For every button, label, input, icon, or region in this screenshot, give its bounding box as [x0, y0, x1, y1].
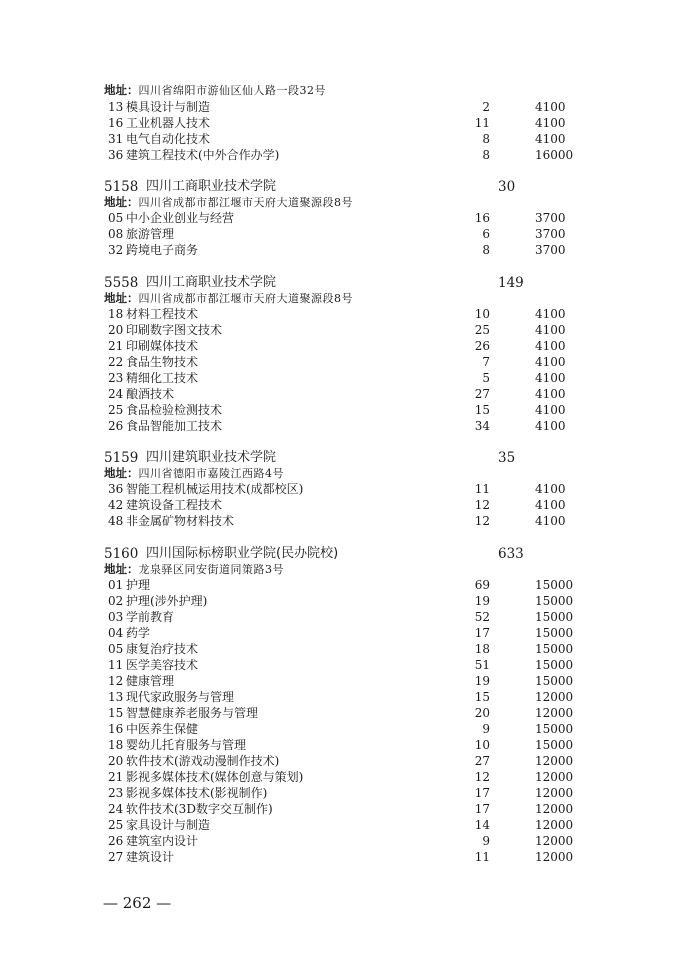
program-name: 学前教育 — [126, 609, 174, 625]
tuition-fee: 15000 — [535, 657, 573, 673]
address-label: 地址： — [104, 195, 139, 209]
program-row: 27建筑设计1112000 — [0, 849, 680, 865]
tuition-fee: 12000 — [535, 705, 573, 721]
program-name: 电气自动化技术 — [126, 131, 210, 147]
enrollment-count: 12 — [475, 513, 490, 529]
program-name: 精细化工技术 — [126, 370, 198, 386]
program-row: 08旅游管理63700 — [0, 226, 680, 242]
program-name: 食品生物技术 — [126, 354, 198, 370]
tuition-fee: 4100 — [535, 322, 566, 338]
enrollment-count: 8 — [482, 147, 490, 163]
enrollment-count: 18 — [475, 641, 490, 657]
program-code: 04 — [108, 625, 128, 641]
enrollment-count: 5 — [482, 370, 490, 386]
program-row: 16中医养生保健915000 — [0, 721, 680, 737]
tuition-fee: 3700 — [535, 226, 566, 242]
tuition-fee: 4100 — [535, 99, 566, 115]
address-text: 龙泉驿区同安街道同策路3号 — [139, 563, 285, 576]
address-text: 四川省绵阳市游仙区仙人路一段32号 — [139, 84, 327, 97]
program-row: 23精细化工技术54100 — [0, 370, 680, 386]
program-code: 20 — [108, 753, 128, 769]
program-name: 婴幼儿托育服务与管理 — [126, 737, 246, 753]
tuition-fee: 4100 — [535, 497, 566, 513]
address-text: 四川省成都市都江堰市天府大道聚源段8号 — [139, 196, 354, 209]
address-line: 地址：四川省成都市都江堰市天府大道聚源段8号 — [104, 290, 680, 306]
tuition-fee: 12000 — [535, 801, 573, 817]
program-code: 26 — [108, 833, 128, 849]
program-name: 建筑工程技术(中外合作办学) — [126, 147, 279, 163]
page-number: — 262 — — [103, 893, 171, 913]
program-code: 12 — [108, 673, 128, 689]
program-name: 现代家政服务与管理 — [126, 689, 234, 705]
tuition-fee: 12000 — [535, 817, 573, 833]
enrollment-count: 9 — [482, 721, 490, 737]
program-row: 11医学美容技术5115000 — [0, 657, 680, 673]
address-label: 地址： — [104, 291, 139, 305]
address-text: 四川省德阳市嘉陵江西路4号 — [139, 467, 285, 480]
program-code: 02 — [108, 593, 128, 609]
enrollment-count: 12 — [475, 497, 490, 513]
tuition-fee: 15000 — [535, 577, 573, 593]
program-name: 护理(涉外护理) — [126, 593, 207, 609]
enrollment-count: 26 — [475, 338, 490, 354]
enrollment-count: 20 — [475, 705, 490, 721]
address-line: 地址：四川省德阳市嘉陵江西路4号 — [104, 465, 680, 481]
program-code: 32 — [108, 242, 128, 258]
enrollment-count: 11 — [475, 849, 490, 865]
program-name: 药学 — [126, 625, 150, 641]
enrollment-count: 14 — [475, 817, 490, 833]
program-row: 18材料工程技术104100 — [0, 306, 680, 322]
enrollment-count: 69 — [475, 577, 490, 593]
program-row: 32跨境电子商务83700 — [0, 242, 680, 258]
tuition-fee: 12000 — [535, 785, 573, 801]
enrollment-count: 10 — [475, 306, 490, 322]
program-code: 31 — [108, 131, 128, 147]
program-code: 08 — [108, 226, 128, 242]
address-text: 四川省成都市都江堰市天府大道聚源段8号 — [139, 292, 354, 305]
program-row: 05中小企业创业与经营163700 — [0, 210, 680, 226]
program-name: 非金属矿物材料技术 — [126, 513, 234, 529]
address-line: 地址：四川省绵阳市游仙区仙人路一段32号 — [104, 82, 680, 98]
program-code: 26 — [108, 418, 128, 434]
program-code: 21 — [108, 769, 128, 785]
tuition-fee: 4100 — [535, 418, 566, 434]
tuition-fee: 15000 — [535, 721, 573, 737]
program-row: 25家具设计与制造1412000 — [0, 817, 680, 833]
program-code: 20 — [108, 322, 128, 338]
program-row: 13现代家政服务与管理1512000 — [0, 689, 680, 705]
enrollment-count: 15 — [475, 689, 490, 705]
enrollment-count: 16 — [475, 210, 490, 226]
program-row: 23影视多媒体技术(影视制作)1712000 — [0, 785, 680, 801]
program-name: 材料工程技术 — [126, 306, 198, 322]
program-row: 01护理6915000 — [0, 577, 680, 593]
tuition-fee: 4100 — [535, 306, 566, 322]
program-code: 18 — [108, 737, 128, 753]
program-name: 影视多媒体技术(媒体创意与策划) — [126, 769, 303, 785]
address-line: 地址：龙泉驿区同安街道同策路3号 — [104, 561, 680, 577]
tuition-fee: 4100 — [535, 131, 566, 147]
program-row: 13模具设计与制造24100 — [0, 99, 680, 115]
program-code: 16 — [108, 115, 128, 131]
enrollment-count: 11 — [475, 115, 490, 131]
enrollment-count: 9 — [482, 833, 490, 849]
program-name: 康复治疗技术 — [126, 641, 198, 657]
program-name: 软件技术(3D数字交互制作) — [126, 801, 273, 817]
program-row: 04药学1715000 — [0, 625, 680, 641]
enrollment-count: 52 — [475, 609, 490, 625]
program-name: 印刷媒体技术 — [126, 338, 198, 354]
tuition-fee: 12000 — [535, 849, 573, 865]
program-name: 建筑设计 — [126, 849, 174, 865]
enrollment-count: 51 — [475, 657, 490, 673]
program-row: 26建筑室内设计912000 — [0, 833, 680, 849]
enrollment-count: 27 — [475, 753, 490, 769]
program-row: 48非金属矿物材料技术124100 — [0, 513, 680, 529]
program-row: 26食品智能加工技术344100 — [0, 418, 680, 434]
enrollment-count: 17 — [475, 785, 490, 801]
enrollment-count: 25 — [475, 322, 490, 338]
enrollment-count: 6 — [482, 226, 490, 242]
tuition-fee: 15000 — [535, 625, 573, 641]
tuition-fee: 15000 — [535, 593, 573, 609]
program-row: 18婴幼儿托育服务与管理1015000 — [0, 737, 680, 753]
program-row: 20印刷数字图文技术254100 — [0, 322, 680, 338]
program-code: 23 — [108, 370, 128, 386]
program-code: 25 — [108, 402, 128, 418]
program-code: 25 — [108, 817, 128, 833]
program-code: 03 — [108, 609, 128, 625]
program-code: 27 — [108, 849, 128, 865]
program-name: 建筑设备工程技术 — [126, 497, 222, 513]
enrollment-count: 17 — [475, 801, 490, 817]
address-label: 地址： — [104, 466, 139, 480]
program-code: 22 — [108, 354, 128, 370]
program-code: 24 — [108, 801, 128, 817]
program-code: 36 — [108, 481, 128, 497]
enrollment-count: 12 — [475, 769, 490, 785]
address-label: 地址： — [104, 562, 139, 576]
program-code: 05 — [108, 641, 128, 657]
program-name: 建筑室内设计 — [126, 833, 198, 849]
program-name: 食品智能加工技术 — [126, 418, 222, 434]
program-row: 36智能工程机械运用技术(成都校区)114100 — [0, 481, 680, 497]
program-name: 旅游管理 — [126, 226, 174, 242]
program-name: 印刷数字图文技术 — [126, 322, 222, 338]
tuition-fee: 4100 — [535, 481, 566, 497]
tuition-fee: 16000 — [535, 147, 573, 163]
tuition-fee: 4100 — [535, 338, 566, 354]
program-code: 13 — [108, 99, 128, 115]
program-name: 模具设计与制造 — [126, 99, 210, 115]
program-code: 48 — [108, 513, 128, 529]
address-line: 地址：四川省成都市都江堰市天府大道聚源段8号 — [104, 194, 680, 210]
program-name: 健康管理 — [126, 673, 174, 689]
program-row: 05康复治疗技术1815000 — [0, 641, 680, 657]
program-row: 36建筑工程技术(中外合作办学)816000 — [0, 147, 680, 163]
program-name: 医学美容技术 — [126, 657, 198, 673]
tuition-fee: 12000 — [535, 689, 573, 705]
program-row: 21影视多媒体技术(媒体创意与策划)1212000 — [0, 769, 680, 785]
tuition-fee: 15000 — [535, 641, 573, 657]
program-row: 21印刷媒体技术264100 — [0, 338, 680, 354]
enrollment-count: 8 — [482, 242, 490, 258]
program-name: 影视多媒体技术(影视制作) — [126, 785, 267, 801]
tuition-fee: 4100 — [535, 115, 566, 131]
program-row: 02护理(涉外护理)1915000 — [0, 593, 680, 609]
tuition-fee: 15000 — [535, 673, 573, 689]
program-code: 23 — [108, 785, 128, 801]
program-name: 跨境电子商务 — [126, 242, 198, 258]
program-code: 13 — [108, 689, 128, 705]
enrollment-count: 15 — [475, 402, 490, 418]
address-label: 地址： — [104, 83, 139, 97]
program-code: 24 — [108, 386, 128, 402]
program-code: 15 — [108, 705, 128, 721]
program-name: 智能工程机械运用技术(成都校区) — [126, 481, 303, 497]
program-row: 25食品检验检测技术154100 — [0, 402, 680, 418]
enrollment-count: 17 — [475, 625, 490, 641]
tuition-fee: 4100 — [535, 513, 566, 529]
program-row: 22食品生物技术74100 — [0, 354, 680, 370]
program-row: 12健康管理1915000 — [0, 673, 680, 689]
enrollment-count: 11 — [475, 481, 490, 497]
document-page: 地址：四川省绵阳市游仙区仙人路一段32号13模具设计与制造2410016工业机器… — [0, 0, 680, 961]
enrollment-count: 8 — [482, 131, 490, 147]
program-name: 中小企业创业与经营 — [126, 210, 234, 226]
program-code: 05 — [108, 210, 128, 226]
tuition-fee: 15000 — [535, 609, 573, 625]
program-name: 家具设计与制造 — [126, 817, 210, 833]
tuition-fee: 12000 — [535, 769, 573, 785]
program-name: 酿酒技术 — [126, 386, 174, 402]
enrollment-count: 19 — [475, 593, 490, 609]
tuition-fee: 4100 — [535, 354, 566, 370]
program-row: 31电气自动化技术84100 — [0, 131, 680, 147]
program-code: 42 — [108, 497, 128, 513]
program-name: 护理 — [126, 577, 150, 593]
tuition-fee: 3700 — [535, 210, 566, 226]
program-code: 11 — [108, 657, 128, 673]
program-row: 20软件技术(游戏动漫制作技术)2712000 — [0, 753, 680, 769]
enrollment-count: 7 — [482, 354, 490, 370]
program-code: 21 — [108, 338, 128, 354]
tuition-fee: 3700 — [535, 242, 566, 258]
tuition-fee: 12000 — [535, 833, 573, 849]
program-code: 01 — [108, 577, 128, 593]
program-name: 智慧健康养老服务与管理 — [126, 705, 258, 721]
program-name: 中医养生保健 — [126, 721, 198, 737]
program-code: 18 — [108, 306, 128, 322]
enrollment-count: 27 — [475, 386, 490, 402]
program-code: 36 — [108, 147, 128, 163]
program-name: 软件技术(游戏动漫制作技术) — [126, 753, 279, 769]
program-row: 15智慧健康养老服务与管理2012000 — [0, 705, 680, 721]
program-row: 42建筑设备工程技术124100 — [0, 497, 680, 513]
program-row: 24软件技术(3D数字交互制作)1712000 — [0, 801, 680, 817]
enrollment-count: 34 — [475, 418, 490, 434]
tuition-fee: 4100 — [535, 386, 566, 402]
tuition-fee: 12000 — [535, 753, 573, 769]
program-name: 工业机器人技术 — [126, 115, 210, 131]
tuition-fee: 4100 — [535, 370, 566, 386]
program-row: 16工业机器人技术114100 — [0, 115, 680, 131]
enrollment-count: 2 — [482, 99, 490, 115]
enrollment-count: 19 — [475, 673, 490, 689]
program-row: 03学前教育5215000 — [0, 609, 680, 625]
enrollment-count: 10 — [475, 737, 490, 753]
program-row: 24酿酒技术274100 — [0, 386, 680, 402]
tuition-fee: 15000 — [535, 737, 573, 753]
program-code: 16 — [108, 721, 128, 737]
program-name: 食品检验检测技术 — [126, 402, 222, 418]
tuition-fee: 4100 — [535, 402, 566, 418]
